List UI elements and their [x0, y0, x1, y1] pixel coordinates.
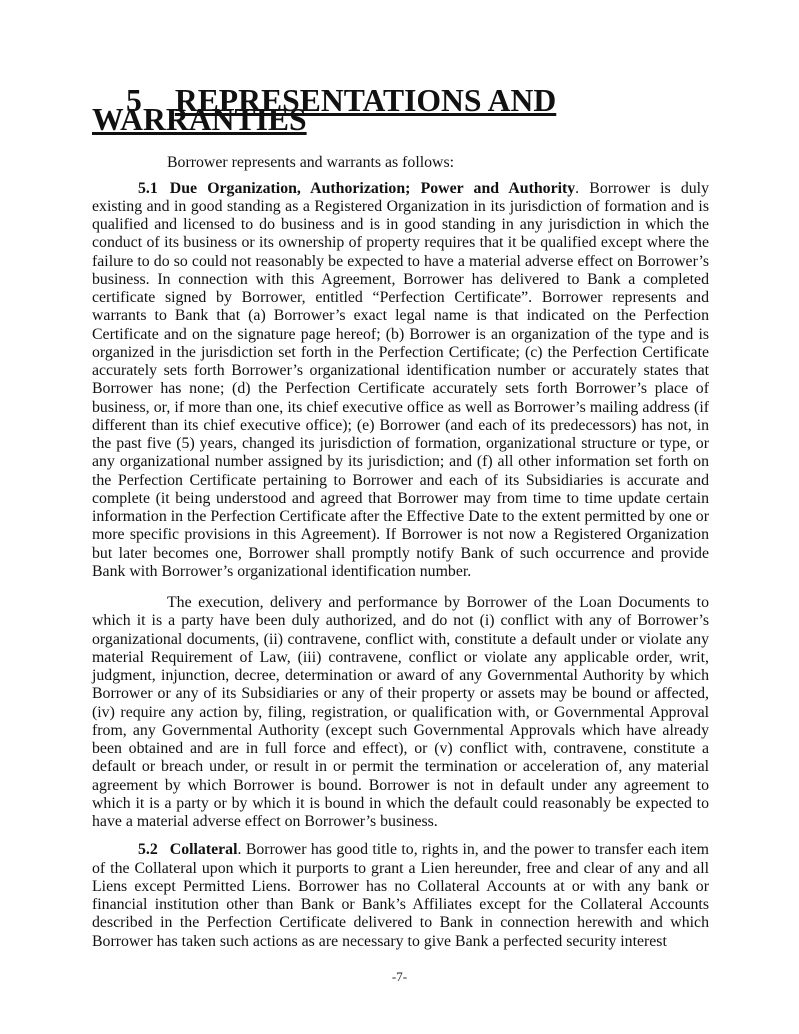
subsection-number: 5.1 [138, 180, 158, 197]
section-heading: 5REPRESENTATIONS AND WARRANTIES [92, 92, 709, 129]
execution-authorization-paragraph: The execution, delivery and performance … [92, 594, 709, 831]
document-page: 5REPRESENTATIONS AND WARRANTIES Borrower… [0, 0, 799, 1034]
subsection-5-2: 5.2Collateral. Borrower has good title t… [92, 841, 709, 951]
subsection-number: 5.2 [138, 841, 158, 858]
subsection-body: . Borrower is duly existing and in good … [92, 180, 709, 580]
page-number: -7- [0, 969, 799, 984]
section-heading-title: REPRESENTATIONS AND WARRANTIES [92, 83, 556, 137]
subsection-title: Due Organization, Authorization; Power a… [170, 180, 575, 197]
subsection-5-1: 5.1Due Organization, Authorization; Powe… [92, 180, 709, 582]
intro-paragraph: Borrower represents and warrants as foll… [92, 154, 709, 172]
subsection-title: Collateral [170, 841, 238, 858]
